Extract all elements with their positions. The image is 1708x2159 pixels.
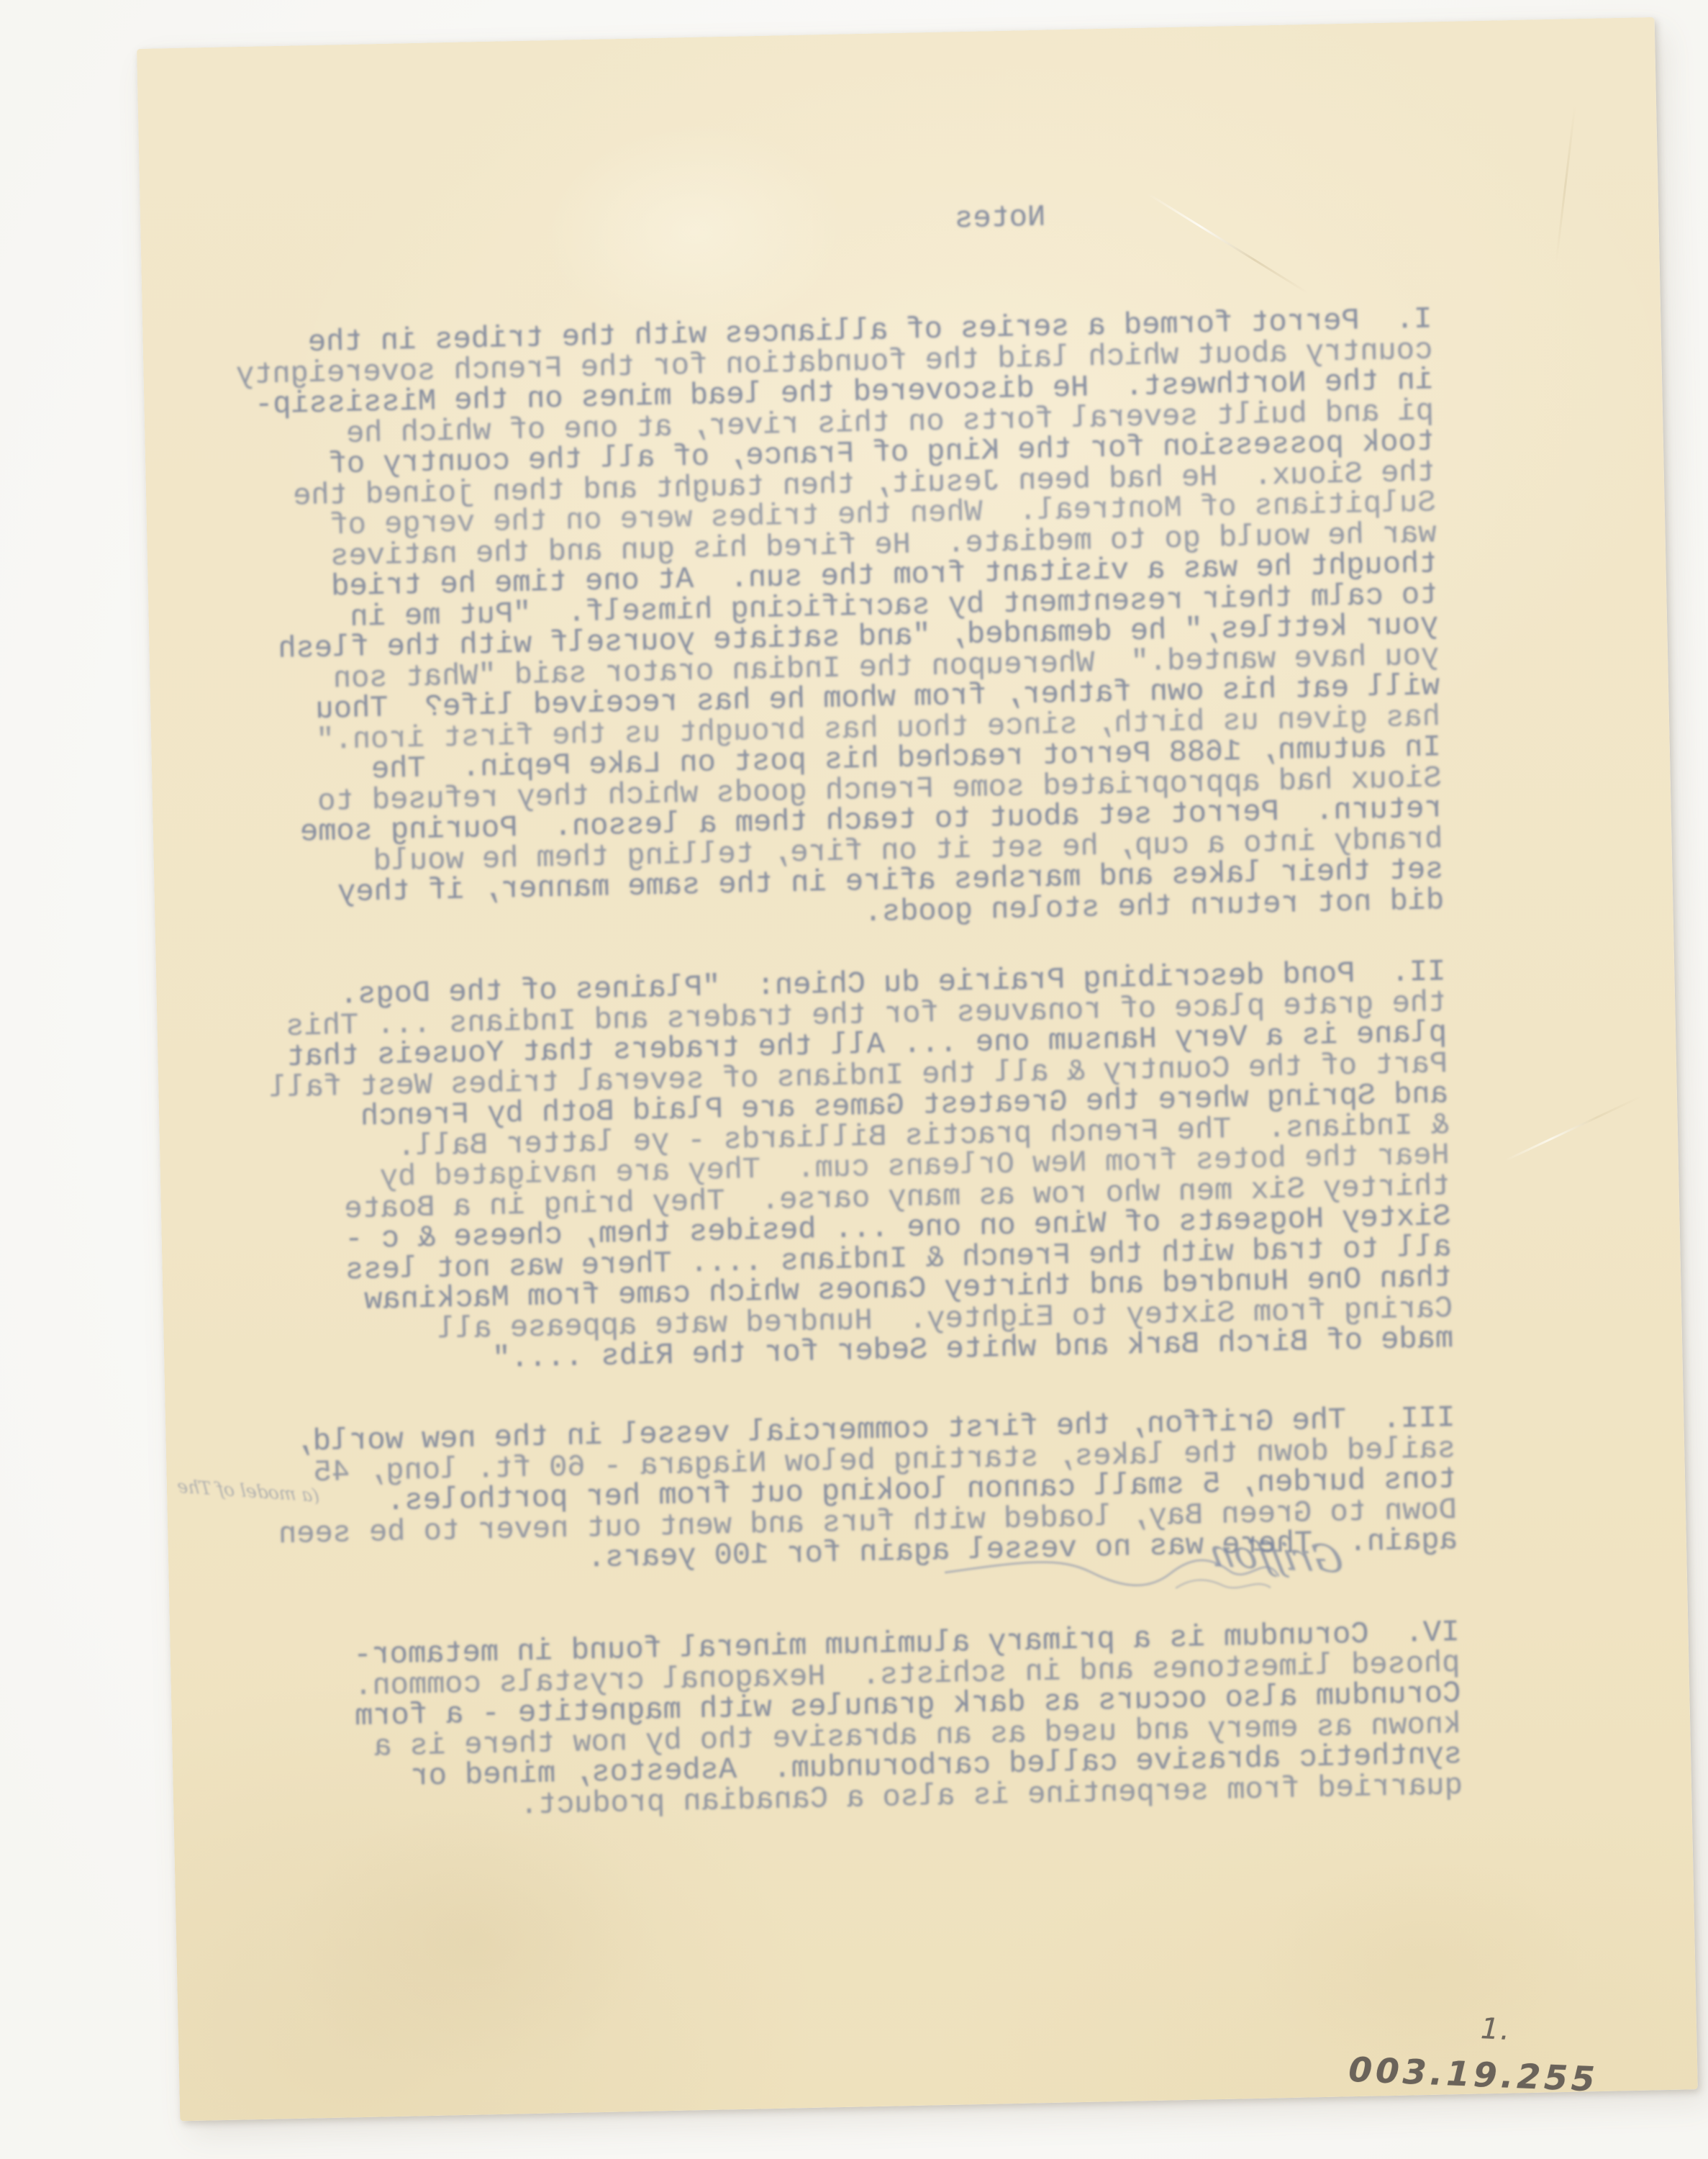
page-number-annotation: 1. <box>1480 2012 1512 2047</box>
bleed-through-layer: Notes I. Perrot formed a series of allia… <box>137 17 1698 2122</box>
paper-sheet: Notes I. Perrot formed a series of allia… <box>137 17 1698 2122</box>
typed-paragraph-1: I. Perrot formed a series of alliances w… <box>235 304 1445 941</box>
handwritten-flourish <box>938 1542 1285 1607</box>
scanner-background: Notes I. Perrot formed a series of allia… <box>0 0 1708 2159</box>
typed-paragraph-4: IV. Corundum is a primary aluminum miner… <box>353 1617 1463 1824</box>
page-title: Notes <box>955 202 1046 235</box>
typed-paragraph-2: II. Pond describing Prairie du Chien: "P… <box>267 956 1453 1379</box>
